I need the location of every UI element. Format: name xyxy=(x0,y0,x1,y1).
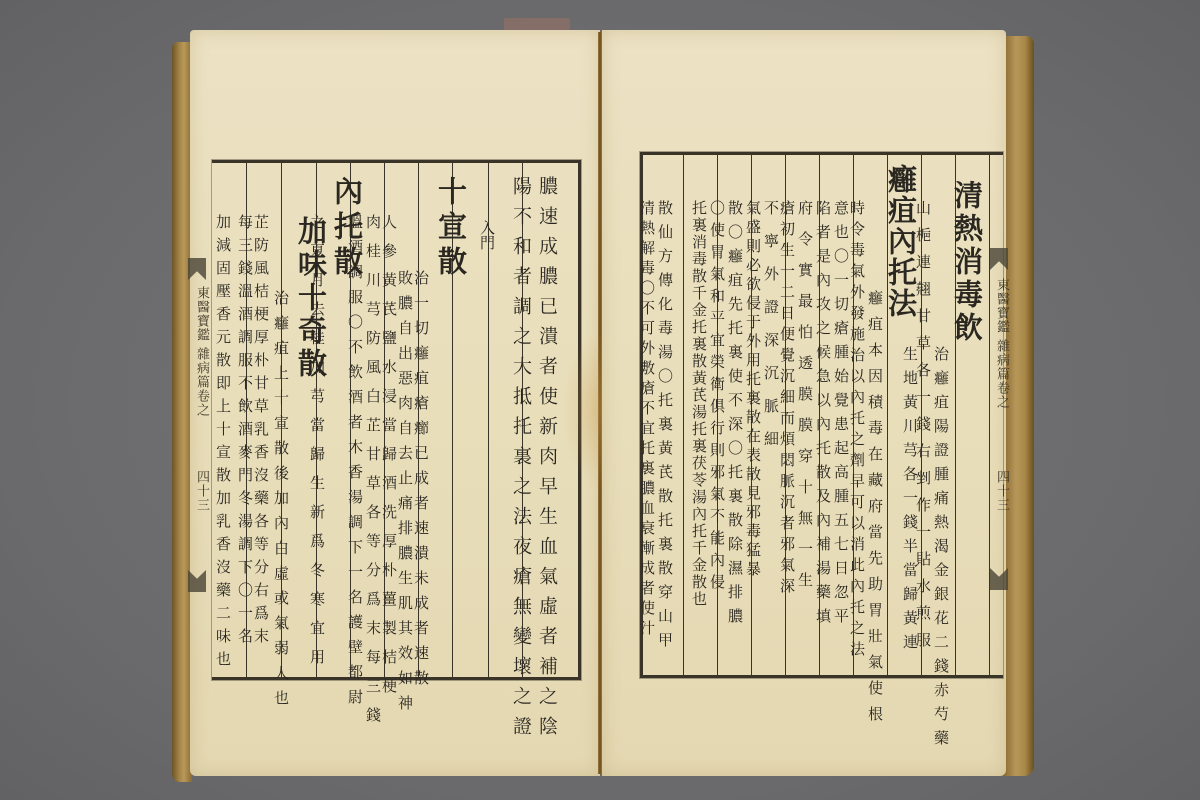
text-column: 之夏月去桂加芎當歸生新爲冬寒宜用 xyxy=(314,214,332,678)
text-column: 山梔連翹甘草各一錢右剉作一貼水煎服 xyxy=(920,200,938,659)
text-column: 敗膿自出惡肉自去止痛排膿生肌其效如神 xyxy=(402,270,420,720)
text-column: 溫酒調服〇不飲酒者木香湯調下一名護壁都尉 xyxy=(352,214,370,714)
text-column: 陽不和者調之大抵托裏之法夜瘡無變壞之證 xyxy=(510,176,536,746)
fish-tail-mark xyxy=(188,258,206,280)
left-fore-edge xyxy=(172,42,192,782)
text-column: 散〇癰疽先托裏使不深〇托裏散除濕排膿 xyxy=(732,200,750,632)
heading-qingre-xiaodu-yin: 清熱消毒飲 xyxy=(952,180,982,345)
text-column: 膿速成膿已潰者使新肉早生血氣虛者補之陰 xyxy=(536,176,562,746)
text-column: 治癰疽上十宣散後加內白虛或氣弱人也 xyxy=(278,290,296,715)
left-page: 十宣散 加味十奇散 內托散 膿速成膿已潰者使新肉早生血氣虛者補之陰 陽不和者調之… xyxy=(190,30,600,776)
text-column: 治一切癰疽瘡癤已成者速潰未成者速散 xyxy=(418,270,436,695)
text-column: 府令實最怕透膜膜穿十無一生 xyxy=(802,200,820,603)
text-column: 不寧外證深沉脈細 xyxy=(768,200,786,464)
open-book: 十宣散 加味十奇散 內托散 膿速成膿已潰者使新肉早生血氣虛者補之陰 陽不和者調之… xyxy=(172,30,1034,782)
text-column: 瘡初生一二日便覺沉細而煩悶脈沉者邪氣深 xyxy=(784,200,802,599)
text-column: 芷防風桔梗厚朴甘草乳香沒藥各等分右爲末 xyxy=(258,214,276,651)
text-column: 時令毒氣外發施治以內托之劑早可以消此內托之法 xyxy=(854,200,872,662)
text-column: 人參黃芪鹽水浸當歸酒洗厚朴薑製桔梗 xyxy=(386,214,404,707)
text-column: 治癰疽陽證腫痛熱渴金銀花二錢赤芍藥生地黃川芎各一錢半當歸黃連 xyxy=(938,346,956,776)
heading-shixuan-san: 十宣散 xyxy=(436,176,466,281)
text-column: 托裏消毒散千金托裏散黃芪湯托裏茯苓湯內托千金散也 xyxy=(696,200,714,608)
column-rule xyxy=(989,155,990,675)
text-column: 氣盛則必欲侵于外用托裏散在表散見邪毒猛暴 xyxy=(750,200,768,580)
fish-tail-mark xyxy=(188,570,206,592)
text-column: 清熱解毒〇不可外敷瘡不宜托裏膿血衰漸成者使汁 xyxy=(644,200,662,640)
page-number: 四十三 xyxy=(192,470,211,512)
text-column: 癰疽本因積毒在藏府當先助胃壯氣使根 xyxy=(872,290,890,732)
margin-title: 東醫寶鑑 雜病篇卷之 xyxy=(992,278,1011,409)
text-column-note: 入門 xyxy=(476,220,502,250)
page-number: 四十三 xyxy=(992,470,1011,512)
margin-title: 東醫寶鑑 雜病篇卷之 xyxy=(192,286,211,417)
text-column: 肉桂川芎防風白芷甘草各等分爲末每三錢 xyxy=(370,214,388,736)
text-column: 每三錢溫酒調服不飲酒麥門冬湯調下〇一名 xyxy=(242,214,260,651)
right-page: 清熱消毒飲 癰疽內托法 治癰疽陽證腫痛熱渴金銀花二錢赤芍藥生地黃川芎各一錢半當歸… xyxy=(602,30,1006,776)
text-column: 散仙方傳化毒湯〇托裏黃芪散托裏散穿山甲 xyxy=(662,200,680,656)
text-column: 加減固壓香元散即上十宣散加乳香沒藥二味也 xyxy=(220,214,238,674)
text-column: 意也〇一切瘡腫始覺患起高腫五七日忽平 xyxy=(838,200,856,632)
text-column: 陷者是內攻之候急以內托散及內補湯藥填 xyxy=(820,200,838,632)
text-column: 〇使胃氣和平宜榮衛俱行則邪氣不能內侵 xyxy=(714,200,732,596)
